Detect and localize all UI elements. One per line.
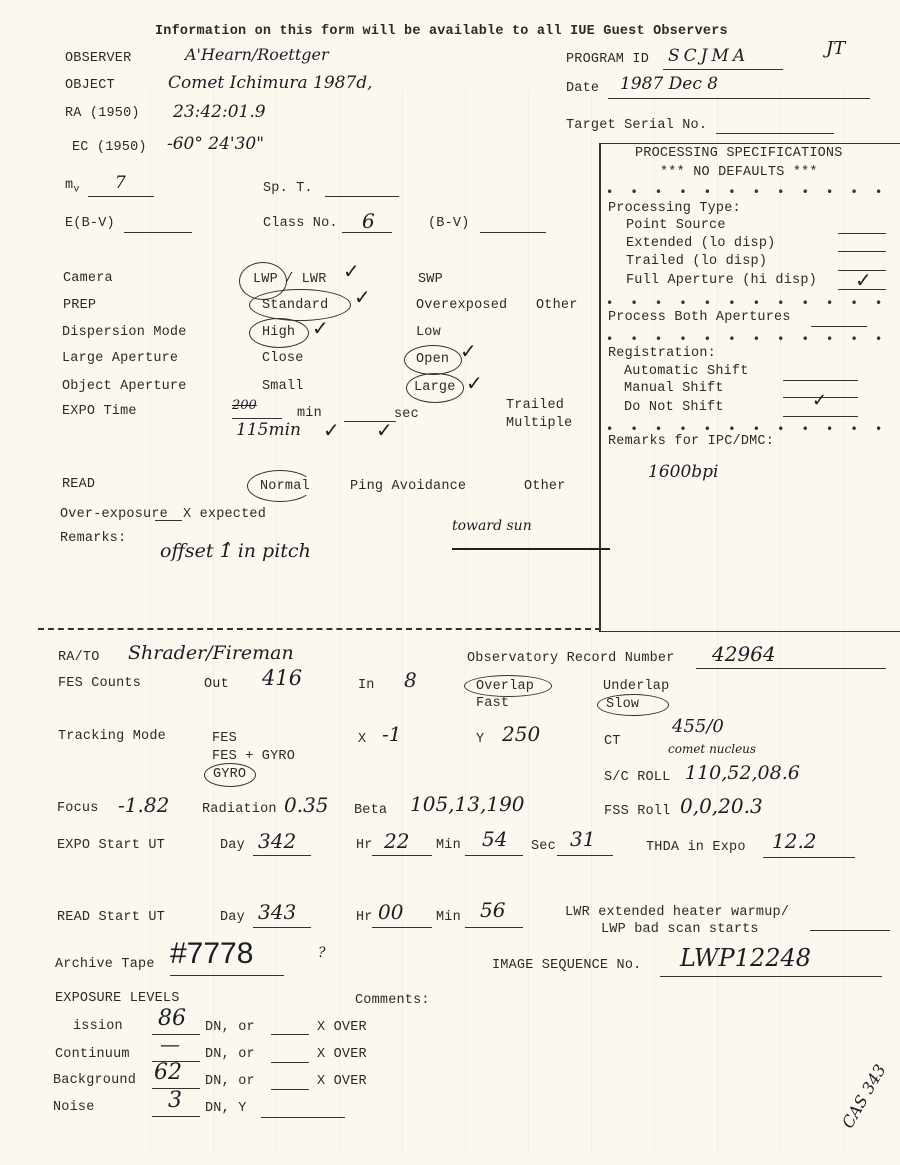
emission-suffix: DN, or [205, 1020, 255, 1035]
exposure-levels-title: EXPOSURE LEVELS [55, 991, 180, 1006]
initials-stamp: CAS 343 [838, 1105, 864, 1132]
radiation-value[interactable]: 0.35 [284, 793, 329, 817]
expo-hr-underline [372, 855, 432, 856]
ipc-remarks-label: Remarks for IPC/DMC: [608, 434, 774, 449]
thda-value[interactable]: 12.2 [772, 829, 817, 853]
x-label: X [358, 732, 366, 747]
background-over: X OVER [317, 1074, 367, 1089]
tracking-option-fes-gyro[interactable]: FES + GYRO [212, 749, 295, 764]
image-sequence-underline [660, 976, 882, 977]
checkmark-icon: ✓ [855, 268, 872, 292]
image-sequence-label: IMAGE SEQUENCE No. [492, 958, 641, 973]
fes-counts-label: FES Counts [58, 676, 141, 691]
registration-manual: Manual Shift [624, 381, 724, 396]
do-not-shift-checkbox[interactable] [783, 416, 858, 417]
continuum-label: Continuum [55, 1047, 130, 1062]
expo-day-value[interactable]: 342 [258, 829, 296, 853]
read-label: READ [62, 477, 95, 492]
processing-type-label: Processing Type: [608, 201, 741, 216]
read-day-value[interactable]: 343 [258, 900, 296, 924]
noise-y-field[interactable] [261, 1117, 345, 1118]
expo-day-underline [253, 855, 311, 856]
point-source-checkbox[interactable] [838, 233, 886, 234]
y-label: Y [476, 732, 484, 747]
sc-roll-label: S/C ROLL [604, 770, 670, 785]
dec-value[interactable]: -60° 24'30" [167, 134, 264, 154]
checkmark-icon: ✓ [466, 371, 483, 395]
spt-label: Sp. T. [263, 181, 313, 196]
trailed-label: Trailed [506, 398, 564, 413]
ct-value[interactable]: 455/0 [672, 716, 724, 737]
spt-field[interactable] [325, 196, 399, 197]
focus-label: Focus [57, 801, 99, 816]
read-option-ping-avoidance[interactable]: Ping Avoidance [350, 479, 466, 494]
processing-title: PROCESSING SPECIFICATIONS [635, 146, 843, 161]
ra-label: RA (1950) [65, 106, 140, 121]
read-hr-label: Hr [356, 910, 373, 925]
checkmark-icon: ✓ [812, 390, 827, 411]
fes-in-value[interactable]: 8 [404, 668, 417, 692]
selection-circle [204, 763, 256, 787]
noise-suffix: DN, Y [205, 1101, 247, 1116]
dispersion-label: Dispersion Mode [62, 325, 187, 340]
camera-label: Camera [63, 271, 113, 286]
dotted-separator: • • • • • • • • • • • • • • • • • • • • … [606, 296, 898, 310]
prep-label: PREP [63, 298, 96, 313]
tracking-option-fes[interactable]: FES [212, 731, 237, 746]
continuum-suffix: DN, or [205, 1047, 255, 1062]
read-min-label: Min [436, 910, 461, 925]
continuum-over: X OVER [317, 1047, 367, 1062]
focus-value[interactable]: -1.82 [118, 793, 169, 817]
beta-value[interactable]: 105,13,190 [410, 792, 525, 816]
selection-circle [249, 318, 309, 348]
remarks-value[interactable]: offset 1̂ in pitch [160, 540, 311, 562]
checkmark-icon: ✓ [343, 259, 360, 283]
heater-label-1: LWR extended heater warmup/ [565, 905, 789, 920]
object-value[interactable]: Comet Ichimura 1987d, [168, 73, 373, 93]
emission-over: X OVER [317, 1020, 367, 1035]
x-value[interactable]: -1 [382, 722, 401, 746]
emission-over-field[interactable] [271, 1034, 309, 1035]
expo-sec-underline [557, 855, 613, 856]
process-both-checkbox[interactable] [811, 326, 867, 327]
expo-hr-value[interactable]: 22 [384, 829, 409, 853]
read-start-label: READ Start UT [57, 910, 165, 925]
mv-label: mv [65, 178, 80, 196]
bv-label: (B-V) [428, 216, 470, 231]
prep-option-other[interactable]: Other [536, 298, 578, 313]
expo-day-label: Day [220, 838, 245, 853]
automatic-shift-checkbox[interactable] [783, 380, 858, 381]
dec-label: EC (1950) [72, 140, 147, 155]
comments-label: Comments: [355, 993, 430, 1008]
selection-circle [247, 470, 313, 502]
rato-value[interactable]: Shrader/Fireman [128, 642, 294, 664]
expo-start-label: EXPO Start UT [57, 838, 165, 853]
fast-option[interactable]: Fast [476, 696, 509, 711]
record-number-underline [696, 668, 886, 669]
program-label: PROGRAM ID [566, 52, 649, 67]
mv-value[interactable]: 7 [115, 173, 126, 193]
date-value[interactable]: 1987 Dec 8 [620, 74, 718, 94]
archive-tape-value[interactable]: #7778 [170, 937, 253, 971]
archive-question-mark: ? [318, 945, 326, 961]
read-option-other[interactable]: Other [524, 479, 566, 494]
type-extended: Extended (lo disp) [626, 236, 775, 251]
rato-label: RA/TO [58, 650, 100, 665]
processing-subtitle: *** NO DEFAULTS *** [660, 165, 818, 180]
archive-tape-label: Archive Tape [55, 957, 155, 972]
archive-tape-underline [170, 975, 284, 976]
noise-underline [152, 1116, 200, 1117]
radiation-label: Radiation [202, 802, 277, 817]
type-full-aperture: Full Aperture (hi disp) [626, 273, 817, 288]
continuum-value[interactable]: — [160, 1032, 180, 1056]
expo-sec-label: Sec [531, 839, 556, 854]
extended-checkbox[interactable] [838, 251, 886, 252]
large-aperture-option-close[interactable]: Close [262, 351, 304, 366]
serial-label: Target Serial No. [566, 118, 707, 133]
object-aperture-option-small[interactable]: Small [262, 379, 304, 394]
selection-circle [249, 289, 351, 321]
camera-option-swp[interactable]: SWP [418, 272, 443, 287]
ebv-field[interactable] [124, 232, 192, 233]
observer-label: OBSERVER [65, 51, 131, 66]
form-divider [38, 628, 601, 630]
heater-field[interactable] [810, 930, 890, 931]
registration-do-not-shift: Do Not Shift [624, 400, 724, 415]
background-value[interactable]: 62 [154, 1060, 182, 1085]
expo-min-underline [232, 418, 282, 419]
expo-time-value[interactable]: 115min [236, 420, 301, 440]
object-label: OBJECT [65, 78, 115, 93]
checkmark-icon: ✓ [323, 418, 340, 442]
fss-roll-label: FSS Roll [604, 804, 670, 819]
class-label: Class No. [263, 216, 338, 231]
ebv-label: E(B-V) [65, 216, 115, 231]
remarks-label: Remarks: [60, 531, 126, 546]
read-day-underline [253, 927, 311, 928]
read-hr-underline [372, 927, 432, 928]
image-sequence-value[interactable]: LWP12248 [680, 944, 811, 972]
expo-time-label: EXPO Time [62, 404, 137, 419]
remarks-insert[interactable]: toward sun [452, 518, 532, 534]
record-number-label: Observatory Record Number [467, 651, 675, 666]
background-suffix: DN, or [205, 1074, 255, 1089]
expo-min-label: Min [436, 838, 461, 853]
mv-underline [88, 196, 154, 197]
expo-struck-value: 200 [232, 398, 257, 413]
initials-mark: JT [826, 38, 845, 59]
program-value[interactable]: SCJMA [668, 46, 749, 66]
noise-value[interactable]: 3 [168, 1088, 182, 1113]
strikeout-mark [452, 548, 610, 550]
emission-label: ission [73, 1019, 123, 1034]
dotted-separator: • • • • • • • • • • • • • • • • • • • • … [606, 185, 898, 199]
ct-note: comet nucleus [668, 742, 756, 756]
underlap-option[interactable]: Underlap [603, 679, 669, 694]
selection-circle [464, 675, 552, 697]
checkmark-icon: ✓ [376, 418, 393, 442]
expo-min-underline [465, 855, 523, 856]
ct-label: CT [604, 734, 621, 749]
y-value[interactable]: 250 [502, 722, 540, 746]
registration-label: Registration: [608, 346, 716, 361]
ra-value[interactable]: 23:42:01.9 [173, 102, 266, 122]
fes-out-label: Out [204, 677, 229, 692]
read-min-value[interactable]: 56 [480, 898, 505, 922]
multiple-label: Multiple [506, 416, 572, 431]
class-value[interactable]: 6 [362, 209, 375, 233]
tracking-mode-label: Tracking Mode [58, 729, 166, 744]
noise-label: Noise [53, 1100, 95, 1115]
overexposure-label: Over-exposure [60, 507, 168, 522]
checkmark-icon: ✓ [354, 285, 371, 309]
fes-in-label: In [358, 678, 375, 693]
overexposure-field[interactable] [155, 520, 182, 521]
bv-field[interactable] [480, 232, 546, 233]
expo-min-value[interactable]: 54 [482, 827, 507, 851]
read-day-label: Day [220, 910, 245, 925]
read-hr-value[interactable]: 00 [378, 900, 403, 924]
camera-option-lwr[interactable]: / LWR [285, 272, 327, 287]
heater-label-2: LWP bad scan starts [601, 922, 759, 937]
observer-value[interactable]: A'Hearn/Roettger [185, 45, 329, 64]
continuum-over-field[interactable] [271, 1062, 309, 1063]
date-underline [608, 98, 870, 99]
sc-roll-value[interactable]: 110,52,08.6 [685, 762, 800, 784]
background-over-field[interactable] [271, 1089, 309, 1090]
expo-sec-value[interactable]: 31 [570, 827, 595, 851]
emission-value[interactable]: 86 [158, 1006, 186, 1031]
program-underline [663, 69, 783, 70]
record-number-value[interactable]: 42964 [712, 642, 776, 666]
large-aperture-label: Large Aperture [62, 351, 178, 366]
date-label: Date [566, 81, 599, 96]
prep-option-overexposed[interactable]: Overexposed [416, 298, 507, 313]
background-label: Background [53, 1073, 136, 1088]
process-both-label: Process Both Apertures [608, 310, 791, 325]
overexposure-suffix: X expected [183, 507, 266, 522]
selection-circle [406, 373, 464, 403]
expo-sec-unit: sec [394, 407, 419, 422]
type-trailed: Trailed (lo disp) [626, 254, 767, 269]
object-aperture-label: Object Aperture [62, 379, 187, 394]
fss-roll-value[interactable]: 0,0,20.3 [680, 794, 763, 818]
thda-label: THDA in Expo [646, 840, 746, 855]
checkmark-icon: ✓ [460, 339, 477, 363]
selection-circle [404, 345, 462, 375]
thda-underline [763, 857, 855, 858]
fes-out-value[interactable]: 416 [262, 666, 302, 690]
dotted-separator: • • • • • • • • • • • • • • • • • • • • … [606, 332, 898, 346]
selection-circle [597, 694, 669, 716]
read-min-underline [465, 927, 523, 928]
ipc-remarks-value[interactable]: 1600bpi [648, 462, 718, 482]
expo-min-unit: min [297, 406, 322, 421]
registration-automatic: Automatic Shift [624, 364, 749, 379]
expo-hr-label: Hr [356, 838, 373, 853]
type-point-source: Point Source [626, 218, 726, 233]
checkmark-icon: ✓ [312, 316, 329, 340]
dispersion-option-low[interactable]: Low [416, 325, 441, 340]
beta-label: Beta [354, 803, 387, 818]
form-notice: Information on this form will be availab… [155, 24, 728, 39]
serial-field[interactable] [716, 133, 834, 134]
panel-bottom-border [601, 631, 900, 632]
